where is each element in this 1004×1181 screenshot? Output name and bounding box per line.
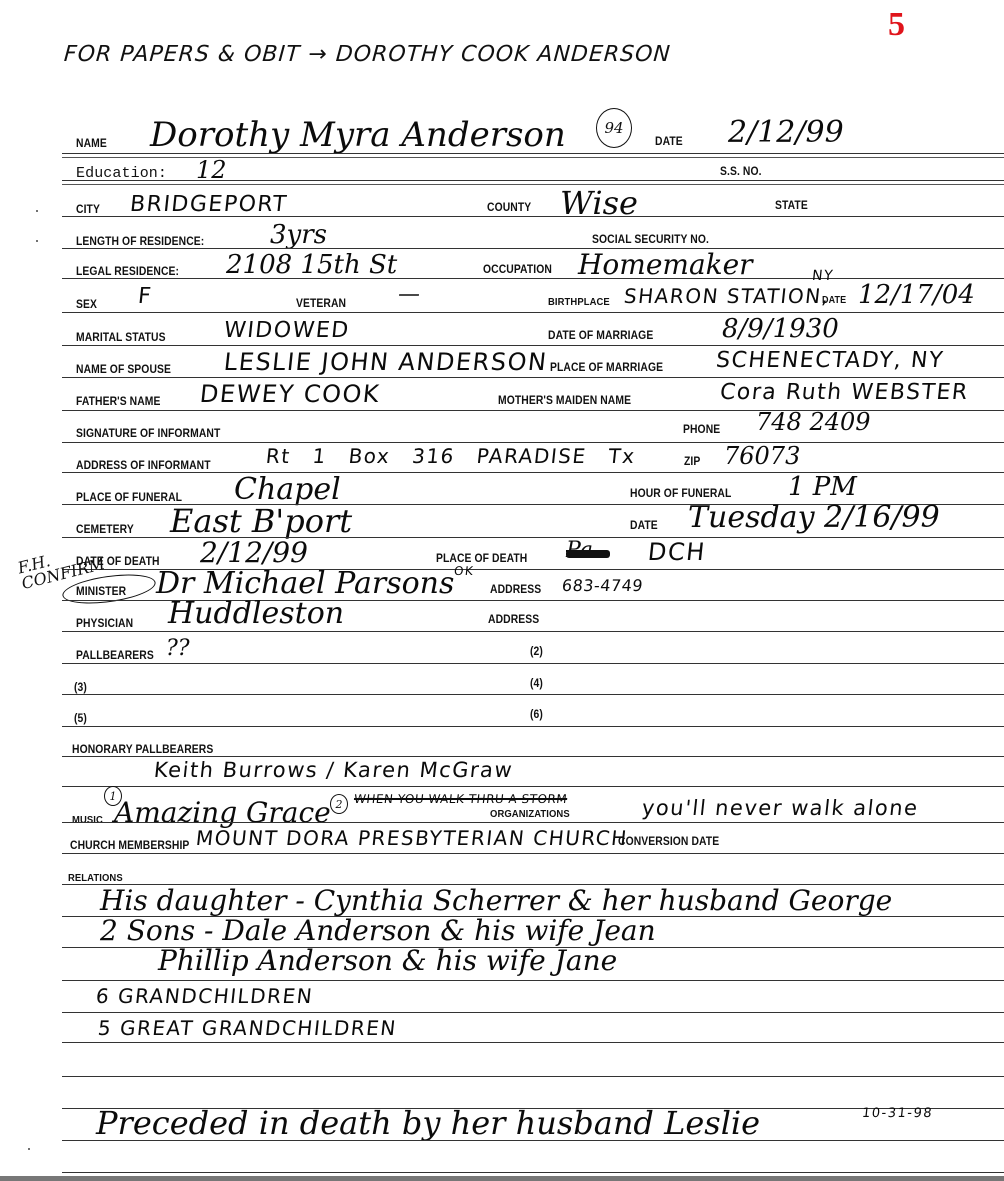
pallbearers-value[interactable]: ?? bbox=[166, 636, 190, 661]
length-of-residence-label: LENGTH OF RESIDENCE: bbox=[76, 236, 204, 248]
pallbearer-slot-4-label: (4) bbox=[530, 678, 543, 690]
relations-line-7[interactable]: Preceded in death by her husband Leslie bbox=[96, 1104, 760, 1142]
music-item-2-value[interactable]: you'll never walk alone bbox=[641, 796, 920, 820]
rule bbox=[62, 980, 1004, 981]
rule bbox=[62, 472, 1004, 473]
relations-preceded-date: 10-31-98 bbox=[861, 1106, 934, 1121]
place-of-death-value[interactable]: DCH bbox=[647, 538, 708, 566]
rule bbox=[62, 1012, 1004, 1013]
relations-line-1[interactable]: His daughter - Cynthia Scherrer & her hu… bbox=[100, 884, 892, 917]
name-of-spouse-value[interactable]: LESLIE JOHN ANDERSON bbox=[223, 348, 549, 376]
minister-address-value[interactable]: 683-4749 bbox=[561, 576, 644, 595]
social-security-label: SOCIAL SECURITY NO. bbox=[592, 234, 709, 246]
birth-date-label: DATE bbox=[822, 295, 846, 306]
page-number: 5 bbox=[888, 6, 905, 44]
veteran-value[interactable]: — bbox=[397, 282, 423, 307]
marital-status-label: MARITAL STATUS bbox=[76, 332, 166, 344]
place-of-marriage-value[interactable]: SCHENECTADY, NY bbox=[715, 348, 945, 373]
rule bbox=[62, 312, 1004, 313]
sex-label: SEX bbox=[76, 299, 97, 311]
rule bbox=[62, 1076, 1004, 1077]
church-membership-value[interactable]: MOUNT DORA PRESBYTERIAN CHURCH bbox=[195, 826, 629, 850]
ss-no-label: S.S. NO. bbox=[720, 166, 762, 178]
cemetery-value[interactable]: East B'port bbox=[170, 502, 352, 540]
fathers-name-label: FATHER'S NAME bbox=[76, 396, 161, 408]
music-label: MUSIC bbox=[72, 814, 103, 826]
pallbearer-slot-3-label: (3) bbox=[74, 682, 87, 694]
birth-date-value[interactable]: 12/17/04 bbox=[858, 280, 975, 310]
physician-value[interactable]: Huddleston bbox=[168, 596, 344, 631]
music-item-2-struck-value: WHEN YOU WALK THRU A STORM bbox=[353, 792, 568, 806]
sex-value[interactable]: F bbox=[137, 284, 154, 309]
rule bbox=[62, 853, 1004, 854]
signature-of-informant-label: SIGNATURE OF INFORMANT bbox=[76, 428, 220, 440]
phone-value[interactable]: 748 2409 bbox=[756, 408, 871, 436]
name-of-spouse-label: NAME OF SPOUSE bbox=[76, 364, 171, 376]
honorary-pallbearers-label: HONORARY PALLBEARERS bbox=[72, 744, 213, 756]
marital-status-value[interactable]: WIDOWED bbox=[223, 318, 351, 343]
hour-of-funeral-value[interactable]: 1 PM bbox=[788, 472, 857, 502]
rule bbox=[62, 1042, 1004, 1043]
music-item-2-number: 2 bbox=[330, 794, 348, 814]
rule bbox=[62, 377, 1004, 378]
relations-line-2[interactable]: 2 Sons - Dale Anderson & his wife Jean bbox=[100, 914, 656, 947]
birthplace-value[interactable]: SHARON STATION, bbox=[623, 284, 831, 308]
place-of-marriage-label: PLACE OF MARRIAGE bbox=[550, 362, 663, 374]
state-label: STATE bbox=[775, 200, 808, 212]
rule bbox=[62, 631, 1004, 632]
occupation-label: OCCUPATION bbox=[483, 264, 552, 276]
rule bbox=[62, 663, 1004, 664]
physician-address-label: ADDRESS bbox=[488, 614, 539, 626]
place-of-funeral-label: PLACE OF FUNERAL bbox=[76, 492, 182, 504]
birthplace-state-superscript: NY bbox=[811, 268, 835, 284]
birthplace-label: BIRTHPLACE bbox=[548, 296, 610, 308]
legal-residence-value[interactable]: 2108 15th St bbox=[226, 250, 397, 280]
name-label: NAME bbox=[76, 138, 107, 150]
rule bbox=[62, 1140, 1004, 1141]
funeral-date-value[interactable]: Tuesday 2/16/99 bbox=[688, 500, 940, 535]
mothers-maiden-name-label: MOTHER'S MAIDEN NAME bbox=[498, 395, 631, 407]
pallbearer-slot-5-label: (5) bbox=[74, 713, 87, 725]
name-value[interactable]: Dorothy Myra Anderson bbox=[150, 115, 566, 155]
mothers-maiden-name-value[interactable]: Cora Ruth WEBSTER bbox=[719, 380, 970, 405]
relations-line-3[interactable]: Phillip Anderson & his wife Jane bbox=[158, 944, 617, 977]
date-label: DATE bbox=[655, 136, 683, 148]
rule bbox=[62, 756, 1004, 757]
rule bbox=[62, 345, 1004, 346]
funeral-information-form: 5 FOR PAPERS & OBIT → DOROTHY COOK ANDER… bbox=[0, 0, 1004, 1181]
scan-speck bbox=[36, 240, 38, 242]
rule bbox=[62, 153, 1004, 154]
rule bbox=[62, 442, 1004, 443]
length-of-residence-value[interactable]: 3yrs bbox=[270, 220, 327, 250]
city-label: CITY bbox=[76, 204, 100, 216]
zip-label: ZIP bbox=[684, 456, 700, 468]
minister-label: MINISTER bbox=[76, 586, 126, 598]
rule bbox=[62, 822, 1004, 823]
pallbearers-label: PALLBEARERS bbox=[76, 650, 154, 662]
occupation-value[interactable]: Homemaker bbox=[578, 248, 753, 281]
hour-of-funeral-label: HOUR OF FUNERAL bbox=[630, 488, 731, 500]
minister-ok-note: OK bbox=[453, 564, 475, 578]
rule bbox=[62, 694, 1004, 695]
conversion-date-label: CONVERSION DATE bbox=[618, 836, 719, 848]
place-of-death-label: PLACE OF DEATH bbox=[436, 553, 527, 565]
rule bbox=[62, 726, 1004, 727]
date-of-marriage-value[interactable]: 8/9/1930 bbox=[722, 314, 839, 344]
honorary-pallbearers-value[interactable]: Keith Burrows / Karen McGraw bbox=[153, 758, 515, 782]
zip-value[interactable]: 76073 bbox=[724, 442, 800, 470]
pallbearer-slot-6-label: (6) bbox=[530, 709, 543, 721]
address-of-informant-label: ADDRESS OF INFORMANT bbox=[76, 460, 211, 472]
relations-label: RELATIONS bbox=[68, 872, 123, 884]
physician-label: PHYSICIAN bbox=[76, 618, 133, 630]
rule bbox=[62, 248, 1004, 249]
rule bbox=[62, 786, 1004, 787]
relations-line-4[interactable]: 6 GRANDCHILDREN bbox=[95, 984, 315, 1008]
funeral-date-label: DATE bbox=[630, 520, 658, 532]
cemetery-label: CEMETERY bbox=[76, 524, 134, 536]
pallbearer-slot-2-label: (2) bbox=[530, 646, 543, 658]
date-of-death-value[interactable]: 2/12/99 bbox=[200, 536, 308, 569]
bottom-edge bbox=[0, 1176, 1004, 1181]
date-value[interactable]: 2/12/99 bbox=[728, 115, 844, 150]
scan-speck bbox=[36, 210, 38, 212]
organizations-label: ORGANIZATIONS bbox=[490, 808, 570, 820]
header-note: FOR PAPERS & OBIT → DOROTHY COOK ANDERSO… bbox=[63, 42, 672, 67]
rule bbox=[62, 216, 1004, 217]
scan-speck bbox=[28, 1148, 30, 1150]
legal-residence-label: LEGAL RESIDENCE: bbox=[76, 266, 179, 278]
address-of-informant-value[interactable]: Rt 1 Box 316 PARADISE Tx bbox=[265, 444, 637, 468]
music-item-1-value[interactable]: Amazing Grace bbox=[114, 796, 331, 829]
relations-line-5[interactable]: 5 GREAT GRANDCHILDREN bbox=[97, 1016, 398, 1040]
rule bbox=[62, 180, 1004, 181]
minister-address-label: ADDRESS bbox=[490, 584, 541, 596]
date-of-marriage-label: DATE OF MARRIAGE bbox=[548, 330, 653, 342]
rule bbox=[62, 278, 1004, 279]
veteran-label: VETERAN bbox=[296, 298, 346, 310]
rule bbox=[62, 1172, 1004, 1173]
church-membership-label: CHURCH MEMBERSHIP bbox=[70, 840, 189, 852]
strikeout-scribble bbox=[566, 550, 610, 558]
fathers-name-value[interactable]: DEWEY COOK bbox=[199, 380, 382, 408]
county-label: COUNTY bbox=[487, 202, 531, 214]
city-value[interactable]: BRIDGEPORT bbox=[129, 192, 289, 217]
age-circled: 94 bbox=[596, 108, 632, 148]
phone-label: PHONE bbox=[683, 424, 720, 436]
